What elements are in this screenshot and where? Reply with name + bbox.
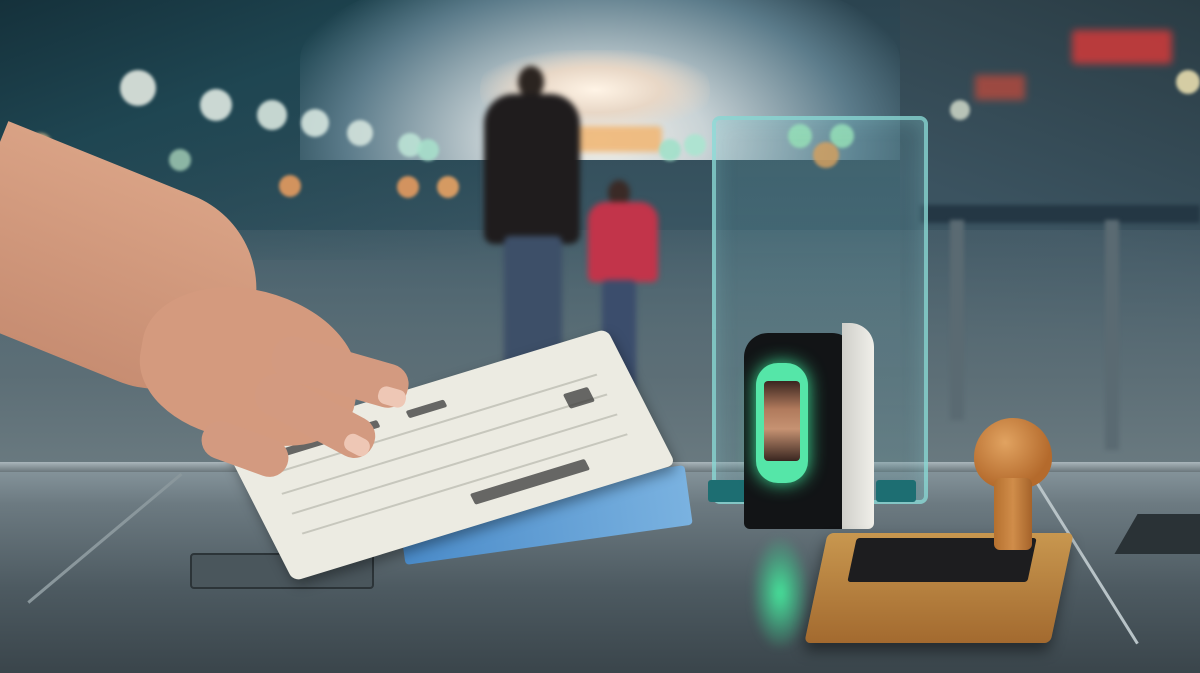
bokeh-light — [301, 109, 329, 137]
bokeh-light — [257, 100, 287, 130]
face-image — [764, 381, 800, 461]
photo-scene — [0, 0, 1200, 673]
bokeh-light — [397, 176, 419, 198]
bokeh-light — [950, 100, 970, 120]
bokeh-light — [347, 120, 373, 146]
bokeh-light — [659, 139, 681, 161]
bokeh-light — [437, 176, 459, 198]
bokeh-light — [1176, 70, 1200, 94]
bokeh-light — [417, 139, 439, 161]
bokeh-light — [169, 149, 191, 171]
glass-panel-foot — [876, 480, 916, 502]
bokeh-light — [279, 175, 301, 197]
face-scanner — [744, 323, 874, 529]
scanner-glow-reflection — [752, 538, 808, 648]
bokeh-light — [684, 134, 706, 156]
barrier-post — [1105, 220, 1119, 450]
red-neon-sign — [1072, 30, 1172, 64]
bokeh-light — [120, 70, 156, 106]
red-neon-sign — [975, 75, 1025, 100]
barrier-post — [950, 220, 964, 420]
stamp-handle — [974, 418, 1052, 548]
glass-panel-foot — [708, 480, 748, 502]
bokeh-light — [200, 89, 232, 121]
